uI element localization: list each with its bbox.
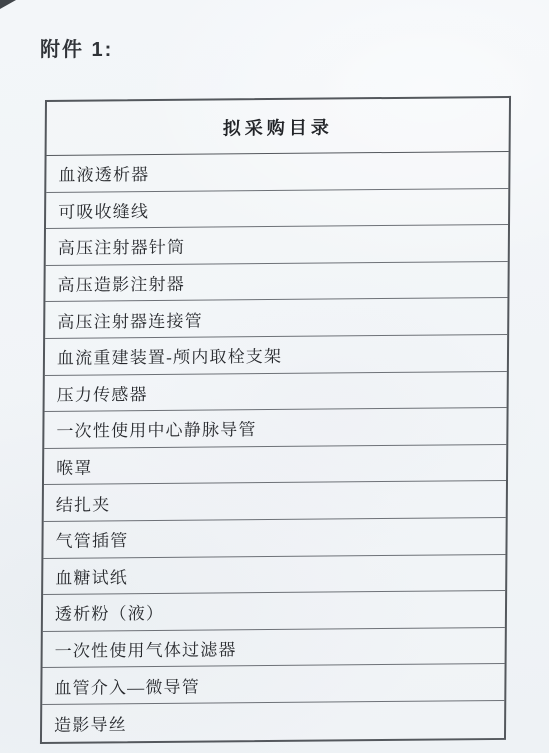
table-row: 高压注射器针筒: [46, 225, 508, 266]
item-label: 血糖试纸: [55, 563, 128, 589]
table-row: 高压注射器连接管: [45, 298, 507, 339]
table-title: 拟采购目录: [47, 98, 509, 156]
item-label: 透析粉（液）: [55, 599, 164, 625]
attachment-heading: 附件 1:: [40, 33, 113, 62]
item-label: 一次性使用气体过滤器: [55, 635, 237, 662]
table-row: 透析粉（液）: [43, 591, 505, 632]
item-label: 喉罩: [56, 454, 93, 479]
table-row: 一次性使用中心静脉导管: [44, 408, 506, 449]
table-row: 高压造影注射器: [45, 262, 507, 303]
table-row: 压力传感器: [45, 372, 507, 413]
item-label: 结扎夹: [56, 490, 111, 515]
item-label: 血液透析器: [58, 160, 149, 186]
table-row: 血液透析器: [46, 152, 508, 193]
item-label: 高压注射器连接管: [57, 306, 203, 332]
item-label: 高压注射器针筒: [58, 233, 186, 259]
item-label: 高压造影注射器: [57, 270, 185, 296]
table-row: 血管介入—微导管: [42, 664, 504, 705]
table-row: 结扎夹: [44, 481, 506, 522]
item-label: 血流重建装置-颅内取栓支架: [57, 342, 282, 369]
item-label: 可吸收缝线: [58, 197, 149, 223]
item-label: 血管介入—微导管: [54, 672, 200, 698]
table-body: 血液透析器可吸收缝线高压注射器针筒高压造影注射器高压注射器连接管血流重建装置-颅…: [42, 152, 509, 742]
table-row: 可吸收缝线: [46, 189, 508, 230]
item-label: 一次性使用中心静脉导管: [56, 416, 256, 443]
table-row: 血糖试纸: [43, 554, 505, 595]
table-row: 一次性使用气体过滤器: [43, 628, 505, 669]
scan-corner-artifact: [0, 0, 16, 9]
table-row: 气管插管: [43, 518, 505, 559]
item-label: 造影导丝: [54, 710, 127, 736]
table-row: 血流重建装置-颅内取栓支架: [45, 335, 507, 376]
table-row: 造影导丝: [42, 701, 504, 742]
item-label: 压力传感器: [57, 380, 148, 406]
procurement-table: 拟采购目录 血液透析器可吸收缝线高压注射器针筒高压造影注射器高压注射器连接管血流…: [40, 96, 511, 744]
table-row: 喉罩: [44, 445, 506, 486]
item-label: 气管插管: [55, 526, 128, 552]
